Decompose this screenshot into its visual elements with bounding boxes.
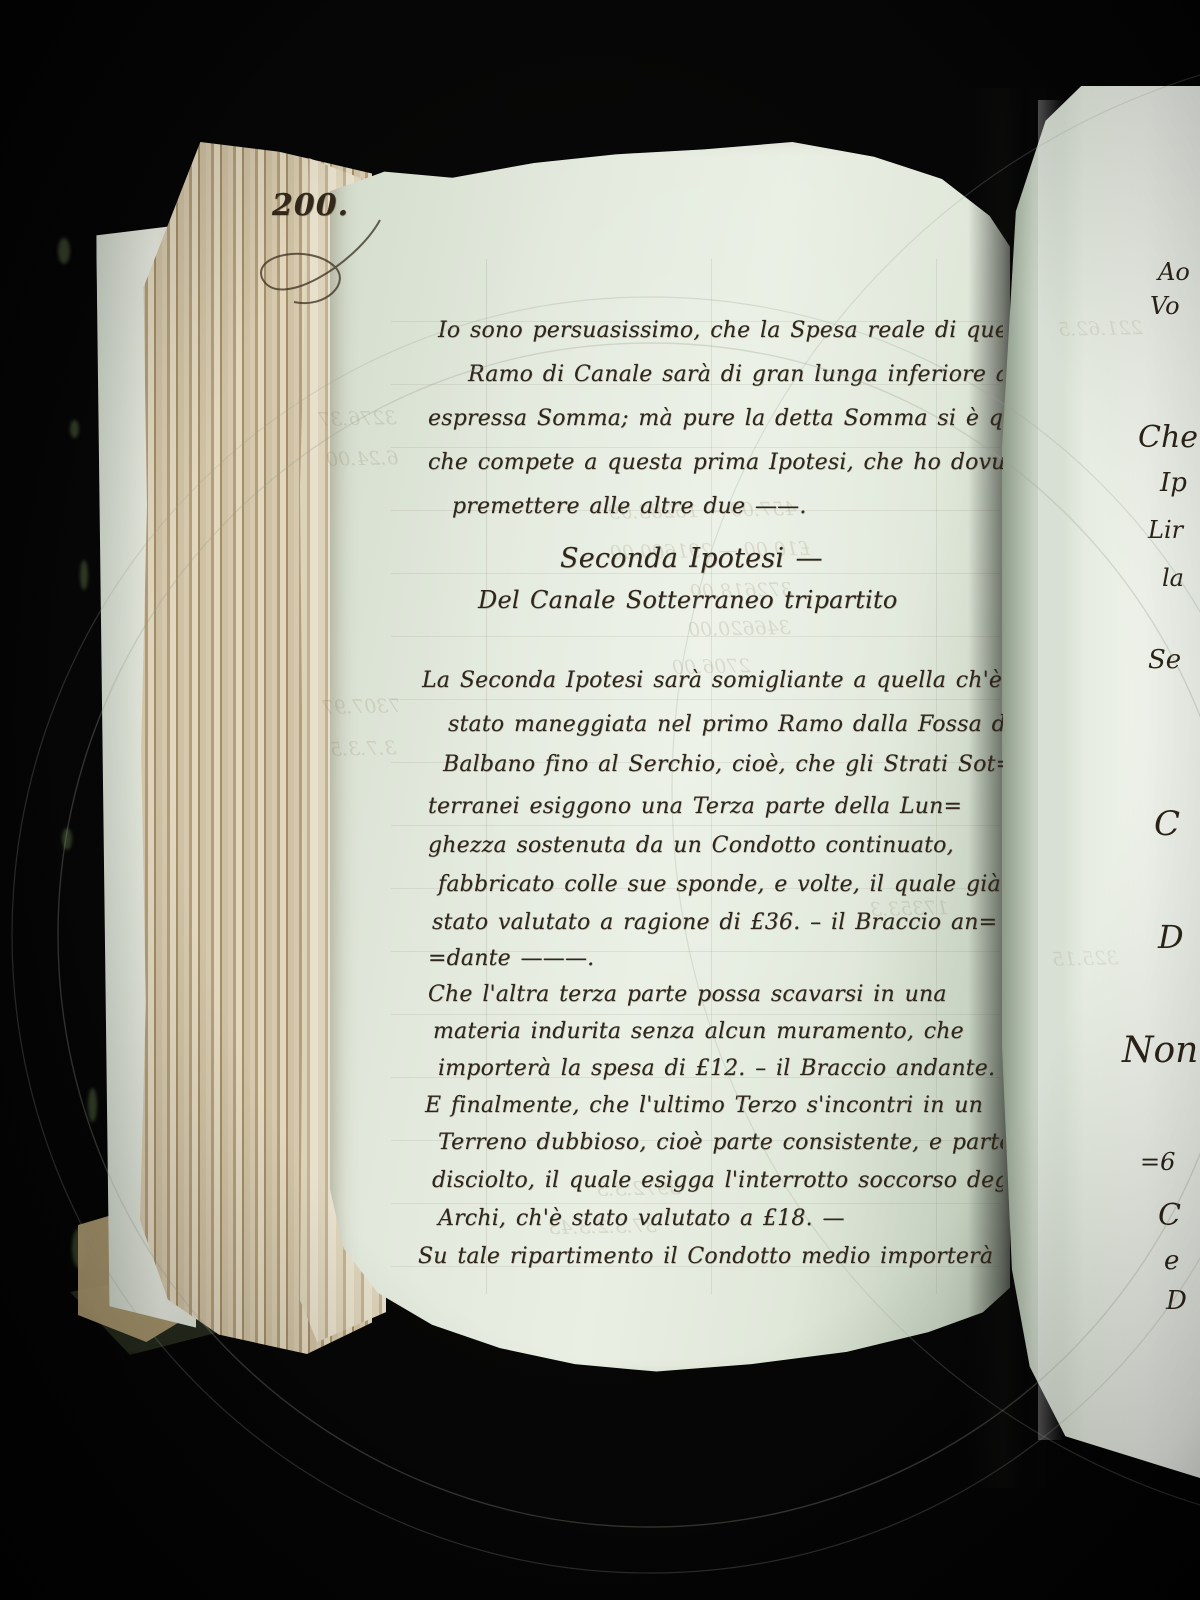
right-page-text-fragment: =6	[1140, 1148, 1175, 1176]
manuscript-line: importerà la spesa di £12. – il Braccio …	[438, 1056, 995, 1081]
right-page-text-fragment: la	[1162, 564, 1184, 592]
manuscript-line: Terreno dubbioso, cioè parte consistente…	[438, 1130, 1003, 1155]
manuscript-line: materia indurita senza alcun muramento, …	[433, 1019, 964, 1044]
bleedthrough-fragment: 221.62.5	[1058, 317, 1143, 341]
manuscript-line: espressa Somma; mà pure la detta Somma s…	[428, 406, 1003, 431]
manuscript-line: Balbano fino al Serchio, cioè, che gli S…	[443, 752, 1003, 777]
manuscript-line: premettere alle altre due ——.	[452, 494, 807, 519]
right-page-text-fragment: Che	[1138, 420, 1198, 455]
manuscript-line: Ramo di Canale sarà di gran lunga inferi…	[468, 362, 1003, 387]
right-page-text-fragment: Lir	[1148, 516, 1183, 544]
manuscript-line: stato maneggiata nel primo Ramo dalla Fo…	[448, 712, 1003, 737]
bleedthrough-fragment: 325.15	[1052, 947, 1119, 970]
manuscript-line: stato valutato a ragione di £36. – il Br…	[432, 910, 997, 935]
manuscript-line: Archi, ch'è stato valutato a £18. —	[438, 1206, 845, 1231]
right-page-text-fragment: D	[1166, 1286, 1187, 1316]
manuscript-line: La Seconda Ipotesi sarà somigliante a qu…	[422, 668, 1002, 693]
manuscript-line: Io sono persuasissimo, che la Spesa real…	[438, 318, 1003, 343]
right-page-text-fragment: e	[1164, 1246, 1179, 1276]
right-page-text-fragment: Se	[1148, 645, 1181, 675]
right-page-text-fragment: Ao	[1158, 258, 1190, 286]
manuscript-line: Che l'altra terza parte possa scavarsi i…	[428, 982, 947, 1007]
manuscript-line: che compete a questa prima Ipotesi, che …	[428, 450, 1003, 475]
right-page-text-fragment: Ip	[1160, 468, 1187, 498]
page-fold-highlight	[1038, 100, 1064, 1440]
manuscript-line: terranei esiggono una Terza parte della …	[428, 794, 962, 819]
manuscript-line: =dante ———.	[428, 946, 594, 971]
manuscript-line: fabbricato colle sue sponde, e volte, il…	[438, 872, 1003, 897]
manuscript-line: disciolto, il quale esigga l'interrotto …	[432, 1168, 1003, 1193]
right-page-text-fragment: C	[1158, 1198, 1181, 1233]
right-page-text-fragment: Non	[1122, 1030, 1198, 1071]
manuscript-line: ghezza sostenuta da un Condotto continua…	[428, 833, 954, 858]
right-page-text-fragment: D	[1158, 918, 1184, 956]
manuscript-text: 200. Io sono persuasissimo, che la Spesa…	[0, 0, 1003, 1600]
manuscript-line: E finalmente, che l'ultimo Terzo s'incon…	[425, 1093, 983, 1118]
right-page-text-fragment: C	[1154, 804, 1180, 844]
section-subheading: Del Canale Sotterraneo tripartito	[478, 586, 898, 614]
folio-flourish	[252, 214, 402, 329]
section-heading: Seconda Ipotesi —	[560, 543, 823, 574]
manuscript-line: Su tale ripartimento il Condotto medio i…	[418, 1244, 1003, 1269]
manuscript-photo: 3276.37 6.24.00 457.00 — 16283.09 £10.00…	[0, 0, 1200, 1600]
right-page-text-fragment: Vo	[1150, 292, 1180, 320]
